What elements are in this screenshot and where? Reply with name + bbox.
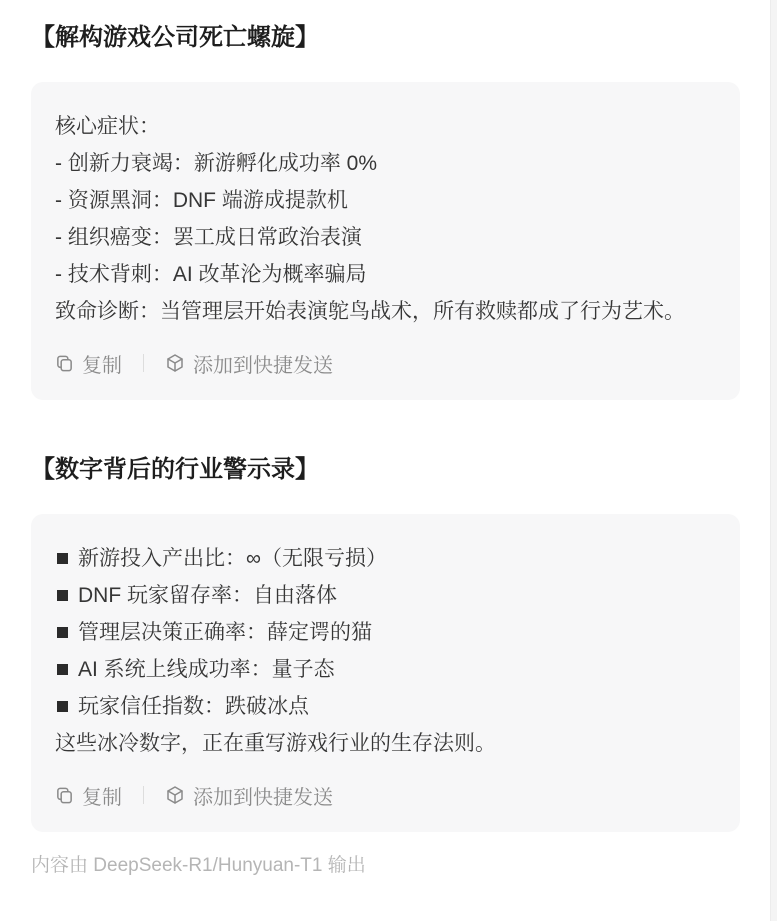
add-quick-send-label: 添加到快捷发送 <box>193 349 333 378</box>
copy-button-label: 复制 <box>82 781 122 810</box>
copy-icon <box>55 354 74 373</box>
cube-icon <box>165 353 185 373</box>
content-panel: 【解构游戏公司死亡螺旋】 核心症状： - 创新力衰竭：新游孵化成功率 0% - … <box>0 0 777 878</box>
copy-button[interactable]: 复制 <box>55 349 122 378</box>
card-text-line: - 技术背刺：AI 改革沦为概率骗局 <box>55 256 716 293</box>
card-actions-row: 复制 添加到快捷发送 <box>55 350 716 376</box>
bullet-square-icon <box>57 553 68 564</box>
bullet-item: 管理层决策正确率：薛定谔的猫 <box>55 614 716 651</box>
bullet-square-icon <box>57 627 68 638</box>
card-text-line: - 创新力衰竭：新游孵化成功率 0% <box>55 145 716 182</box>
section-title: 【数字背后的行业警示录】 <box>31 454 740 486</box>
bullet-square-icon <box>57 664 68 675</box>
card-text-line: - 组织癌变：罢工成日常政治表演 <box>55 219 716 256</box>
copy-button-label: 复制 <box>82 349 122 378</box>
actions-divider <box>143 354 144 372</box>
bullet-item-text: DNF 玩家留存率：自由落体 <box>78 577 337 614</box>
copy-button[interactable]: 复制 <box>55 781 122 810</box>
cube-icon <box>165 785 185 805</box>
scrollbar-track[interactable] <box>770 0 777 921</box>
card-text-line: 核心症状： <box>55 108 716 145</box>
bullet-item: DNF 玩家留存率：自由落体 <box>55 577 716 614</box>
copy-icon <box>55 786 74 805</box>
card-summary-line: 这些冰冷数字，正在重写游戏行业的生存法则。 <box>55 725 716 762</box>
content-card: 新游投入产出比：∞（无限亏损） DNF 玩家留存率：自由落体 管理层决策正确率：… <box>31 514 740 832</box>
actions-divider <box>143 786 144 804</box>
bullet-item-text: 管理层决策正确率：薛定谔的猫 <box>78 614 372 651</box>
bullet-item: 新游投入产出比：∞（无限亏损） <box>55 540 716 577</box>
add-quick-send-label: 添加到快捷发送 <box>193 781 333 810</box>
bullet-item-text: AI 系统上线成功率：量子态 <box>78 651 335 688</box>
bullet-item: 玩家信任指数：跌破冰点 <box>55 688 716 725</box>
section-title: 【解构游戏公司死亡螺旋】 <box>31 22 740 54</box>
add-quick-send-button[interactable]: 添加到快捷发送 <box>165 781 333 810</box>
bullet-square-icon <box>57 701 68 712</box>
attribution-note: 内容由 DeepSeek-R1/Hunyuan-T1 输出 <box>31 854 740 878</box>
add-quick-send-button[interactable]: 添加到快捷发送 <box>165 349 333 378</box>
bullet-square-icon <box>57 590 68 601</box>
card-actions-row: 复制 添加到快捷发送 <box>55 782 716 808</box>
section-death-spiral: 【解构游戏公司死亡螺旋】 核心症状： - 创新力衰竭：新游孵化成功率 0% - … <box>31 22 740 400</box>
bullet-item-text: 新游投入产出比：∞（无限亏损） <box>78 540 387 577</box>
section-industry-warning: 【数字背后的行业警示录】 新游投入产出比：∞（无限亏损） DNF 玩家留存率：自… <box>31 454 740 832</box>
bullet-item: AI 系统上线成功率：量子态 <box>55 651 716 688</box>
bullet-item-text: 玩家信任指数：跌破冰点 <box>78 688 309 725</box>
card-text-line: 致命诊断：当管理层开始表演鸵鸟战术，所有救赎都成了行为艺术。 <box>55 293 716 330</box>
card-text-line: - 资源黑洞：DNF 端游成提款机 <box>55 182 716 219</box>
content-card: 核心症状： - 创新力衰竭：新游孵化成功率 0% - 资源黑洞：DNF 端游成提… <box>31 82 740 400</box>
